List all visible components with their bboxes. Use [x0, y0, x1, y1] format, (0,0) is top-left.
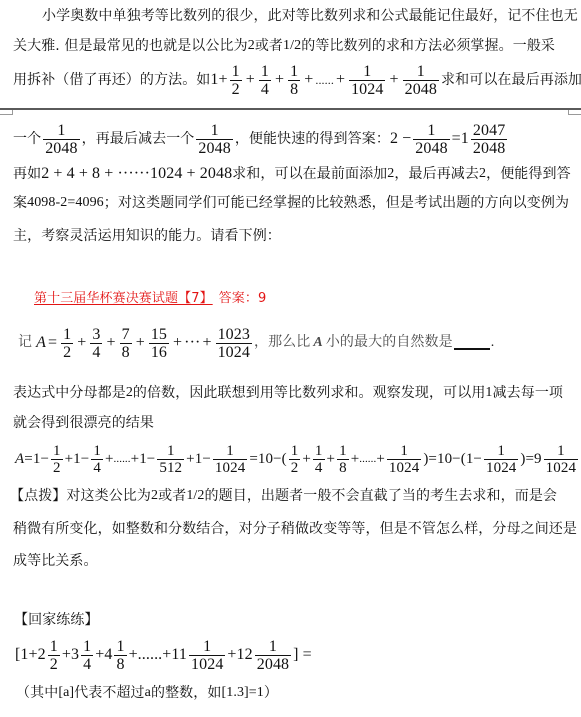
fraction: 11024: [349, 63, 385, 98]
numerator: 3: [90, 326, 102, 343]
fraction: 18: [337, 443, 349, 476]
ratio-number: 1/2: [283, 37, 301, 55]
denominator: 512: [157, 459, 184, 476]
numerator: 1: [230, 63, 242, 80]
math-term: ] =: [293, 646, 312, 664]
note-math: [a]: [58, 684, 74, 702]
math-term: )=9: [520, 450, 541, 468]
operator: =: [24, 450, 33, 468]
solution-line-1: 表达式中分母都是 2 的倍数，因此联想到用等比数列求和。观察发现，可以用 1 减…: [13, 384, 573, 402]
denominator: 8: [288, 80, 300, 98]
math-term: 1: [195, 450, 203, 468]
fraction: 18: [288, 63, 300, 98]
fraction: 1516: [149, 326, 169, 361]
body-text: 减去每一项: [493, 384, 564, 402]
fraction: 14: [91, 443, 103, 476]
body-text: ，再最后减去一个: [82, 130, 195, 148]
body-text: 再如: [13, 165, 41, 183]
problem-text: .: [491, 334, 495, 352]
denominator: 2048: [413, 139, 449, 157]
operator: +: [173, 334, 182, 352]
body-text: ；对这类题同学们可能已经掌握的比较熟悉，但是考试出题的方向以变例为: [104, 194, 569, 212]
numerator: 1: [425, 122, 437, 139]
math-term: +4: [95, 646, 112, 664]
operator: −: [81, 450, 90, 468]
fraction: 14: [81, 638, 93, 673]
math-term: =10−(: [249, 450, 286, 468]
numerator: 1: [555, 443, 567, 459]
operator: +: [389, 71, 398, 89]
denominator: 4: [259, 80, 271, 98]
math-term: 2 −: [390, 130, 411, 148]
operator: +: [336, 71, 345, 89]
homework-heading: 【回家练练】: [14, 611, 99, 629]
intro-line-3: 用拆补（借了再还）的方法。如 1+ 12 + 14 + 18 + ...... …: [13, 62, 573, 98]
body-text: 就会得到很漂亮的结果: [13, 414, 154, 432]
body-text: 对这类公比为: [66, 487, 151, 505]
intro-text: 求和可以在最后再添加: [441, 71, 581, 89]
numerator: 1: [267, 638, 279, 655]
number: 2: [151, 487, 158, 505]
math-term: =1: [452, 130, 469, 148]
numerator: 1: [55, 122, 67, 139]
body-text: 表达式中分母都是: [13, 384, 126, 402]
ratio-number: 2: [248, 37, 255, 55]
numerator: 1: [165, 443, 177, 459]
variable: A: [36, 334, 46, 352]
denominator: 4: [91, 459, 103, 476]
fraction: 14: [313, 443, 325, 476]
body-text: 成等比关系。: [13, 552, 98, 570]
method-line-4: 主，考察灵活运用知识的能力。请看下例：: [13, 227, 573, 245]
denominator: 1024: [216, 343, 252, 361]
operator: +: [351, 450, 360, 468]
intro-text: 小学奥数中单独考等比数列的很少，此对等比数列求和公式最能记住最好，记不住也无: [42, 7, 578, 25]
operator: −: [202, 450, 211, 468]
body-text: 的题目，出题者一般不会直截了当的考生去求和，而是会: [205, 487, 558, 505]
operator: =: [48, 334, 57, 352]
fraction: 11024: [387, 443, 421, 476]
ellipsis: ···: [184, 334, 200, 352]
operator: +: [275, 71, 284, 89]
fraction: 12: [51, 443, 63, 476]
numerator: 1: [224, 443, 236, 459]
fraction: 11024: [213, 443, 247, 476]
numerator: 1: [288, 63, 300, 80]
math-term: 1+: [210, 71, 227, 89]
numerator: 1: [81, 638, 93, 655]
fraction: 11024: [544, 443, 578, 476]
denominator: 1024: [349, 80, 385, 98]
math-term: 1: [73, 450, 81, 468]
body-text: 的倍数，因此联想到用等比数列求和。观察发现，可以用: [133, 384, 486, 402]
number: 1: [485, 384, 492, 402]
denominator: 2: [230, 80, 242, 98]
fraction: 12: [230, 63, 242, 98]
denominator: 4: [313, 459, 325, 476]
method-line-1: 一个 12048 ，再最后减去一个 12048 ，便能快速的得到答案： 2 − …: [13, 120, 573, 158]
fraction: 12048: [196, 122, 232, 157]
fraction: 12048: [43, 122, 79, 157]
denominator: 1024: [544, 459, 578, 476]
ellipsis: ......: [315, 71, 334, 89]
fraction: 34: [90, 326, 102, 361]
denominator: 1024: [484, 459, 518, 476]
fraction: 10231024: [216, 326, 252, 361]
number: 2: [126, 384, 133, 402]
fraction: 12048: [413, 122, 449, 157]
number: 4098-2=4096: [27, 194, 104, 212]
denominator: 2048: [255, 655, 291, 673]
fraction: 11024: [189, 638, 225, 673]
solution-line-2: 就会得到很漂亮的结果: [13, 414, 573, 432]
numerator: 1: [61, 326, 73, 343]
numerator: 1: [114, 638, 126, 655]
numerator: 1023: [216, 326, 252, 343]
number: 2: [387, 165, 394, 183]
math-term: +3: [62, 646, 79, 664]
operator: +: [136, 334, 145, 352]
numerator: 7: [120, 326, 132, 343]
tip-line-1: 【点拨】 对这类公比为 2 或者 1/2 的题目，出题者一般不会直截了当的考生去…: [10, 487, 573, 505]
denominator: 2: [48, 655, 60, 673]
body-text: 案: [13, 194, 27, 212]
example-title-link[interactable]: 第十三届华杯赛决赛试题【7】: [34, 290, 213, 308]
math-term: +......+11: [129, 646, 187, 664]
problem-text: 小的最大的自然数是: [326, 334, 453, 352]
denominator: 1024: [213, 459, 247, 476]
operator: +: [131, 450, 140, 468]
fraction: 20472048: [471, 122, 507, 157]
ellipsis: ......: [114, 450, 131, 468]
numerator: 1: [91, 443, 103, 459]
denominator: 2: [51, 459, 63, 476]
denominator: 2: [289, 459, 301, 476]
method-line-3: 案 4098-2=4096 ；对这类题同学们可能已经掌握的比较熟悉，但是考试出题…: [13, 194, 573, 212]
denominator: 8: [120, 343, 132, 361]
numerator: 1: [259, 63, 271, 80]
intro-text: 或者: [255, 37, 283, 55]
tip-line-3: 成等比关系。: [13, 552, 573, 570]
method-line-2: 再如 2 + 4 + 8 + ······1024 + 2048 求和，可以在最…: [13, 165, 573, 183]
answer-expression: 2 − 12048 =1 20472048: [390, 122, 509, 157]
series-expression: 1+ 12 + 14 + 18 + ...... + 11024 + 12048: [210, 63, 441, 98]
denominator: 1024: [189, 655, 225, 673]
body-text: ，最后再减去: [394, 165, 479, 183]
page-corner-mark-left: [0, 110, 13, 115]
numerator: 1: [415, 63, 427, 80]
fraction: 12: [48, 638, 60, 673]
body-text: 或者: [158, 487, 186, 505]
problem-text: ，那么比: [254, 334, 310, 352]
operator: +: [302, 450, 311, 468]
variable: A: [313, 334, 322, 352]
intro-text: 的等比数列的求和方法必须掌握。一般采: [301, 37, 555, 55]
denominator: 1024: [387, 459, 421, 476]
fraction: 12: [61, 326, 73, 361]
intro-line-1: 小学奥数中单独考等比数列的很少，此对等比数列求和公式最能记住最好，记不住也无: [42, 7, 573, 25]
problem-statement: 记 A = 12 + 34 + 78 + 1516 + ··· + 102310…: [18, 324, 573, 362]
body-text: 主，考察灵活运用知识的能力。请看下例：: [13, 227, 281, 245]
number: 1/2: [186, 487, 204, 505]
solution-math: A = 1 − 12 + 1 − 14 + ...... + 1 − 1512 …: [15, 440, 573, 478]
denominator: 4: [81, 655, 93, 673]
series-expression: 2 + 4 + 8 + ······1024 + 2048: [41, 165, 232, 183]
numerator: 1: [337, 443, 349, 459]
body-text: 稍微有所变化，如整数和分数结合，对分子稍做改变等等，但是不管怎么样，分母之间还是: [13, 520, 577, 538]
denominator: 2048: [403, 80, 439, 98]
numerator: 1: [313, 443, 325, 459]
operator: +: [106, 334, 115, 352]
denominator: 4: [90, 343, 102, 361]
denominator: 2048: [196, 139, 232, 157]
fraction: 11024: [484, 443, 518, 476]
math-term: [1+2: [15, 646, 46, 664]
numerator: 1: [361, 63, 373, 80]
fraction: 14: [259, 63, 271, 98]
denominator: 16: [149, 343, 169, 361]
numerator: 1: [201, 638, 213, 655]
operator: +: [186, 450, 195, 468]
body-text: ，便能快速的得到答案：: [235, 130, 390, 148]
denominator: 8: [337, 459, 349, 476]
operator: +: [105, 450, 114, 468]
intro-text: 关大雅. 但是最常见的也就是以公比为: [13, 37, 248, 55]
denominator: 8: [114, 655, 126, 673]
operator: +: [304, 71, 313, 89]
tip-label: 【点拨】: [10, 487, 66, 505]
homework-expression: [1+2 12 +3 14 +4 18 +......+11 11024 +12…: [15, 636, 573, 674]
fraction: 1512: [157, 443, 184, 476]
operator: +: [65, 450, 74, 468]
math-term: +12: [227, 646, 252, 664]
tip-line-2: 稍微有所变化，如整数和分数结合，对分子稍做改变等等，但是不管怎么样，分母之间还是: [13, 520, 573, 538]
math-term: 1: [33, 450, 41, 468]
fraction: 12: [289, 443, 301, 476]
note-text: ）: [264, 684, 278, 702]
page-corner-mark-right: [568, 110, 581, 115]
note-text: 代表不超过: [74, 684, 145, 702]
numerator: 1: [51, 443, 63, 459]
numerator: 15: [149, 326, 169, 343]
operator: −: [147, 450, 156, 468]
page-break-line: [0, 108, 581, 110]
operator: −: [40, 450, 49, 468]
fraction: 78: [120, 326, 132, 361]
note-text: （其中: [16, 684, 58, 702]
ellipsis: ......: [359, 450, 376, 468]
intro-text: 用拆补（借了再还）的方法。如: [13, 71, 210, 89]
variable: A: [15, 450, 24, 468]
numerator: 1: [495, 443, 507, 459]
operator: +: [202, 334, 211, 352]
math-term: 1: [139, 450, 147, 468]
note-math: [1.3]=1: [221, 684, 263, 702]
fraction: 12048: [255, 638, 291, 673]
problem-expression: A = 12 + 34 + 78 + 1516 + ··· + 10231024: [32, 326, 254, 361]
homework-note: （其中 [a] 代表不超过 a 的整数，如 [1.3]=1 ）: [16, 684, 573, 702]
denominator: 2: [61, 343, 73, 361]
note-text: 的整数，如: [151, 684, 222, 702]
numerator: 1: [48, 638, 60, 655]
operator: +: [77, 334, 86, 352]
answer-blank: [454, 336, 490, 350]
numerator: 2047: [471, 122, 507, 139]
fraction: 12048: [403, 63, 439, 98]
numerator: 1: [209, 122, 221, 139]
denominator: 2048: [43, 139, 79, 157]
answer-value: 9: [258, 290, 266, 308]
denominator: 2048: [471, 139, 507, 157]
body-text: 一个: [13, 130, 41, 148]
operator: +: [327, 450, 336, 468]
problem-text: 记: [18, 334, 32, 352]
operator: +: [376, 450, 385, 468]
body-text: ，便能得到答: [486, 165, 571, 183]
numerator: 1: [398, 443, 410, 459]
numerator: 1: [289, 443, 301, 459]
math-term: )=10−(1−: [423, 450, 482, 468]
fraction: 18: [114, 638, 126, 673]
example-heading: 第十三届华杯赛决赛试题【7】 答案： 9: [34, 290, 573, 308]
operator: +: [246, 71, 255, 89]
answer-label: 答案：: [219, 290, 258, 308]
number: 2: [479, 165, 486, 183]
intro-line-2: 关大雅. 但是最常见的也就是以公比为 2 或者 1/2 的等比数列的求和方法必须…: [13, 37, 573, 55]
homework-label: 【回家练练】: [14, 611, 573, 629]
body-text: 求和，可以在最前面添加: [232, 165, 387, 183]
